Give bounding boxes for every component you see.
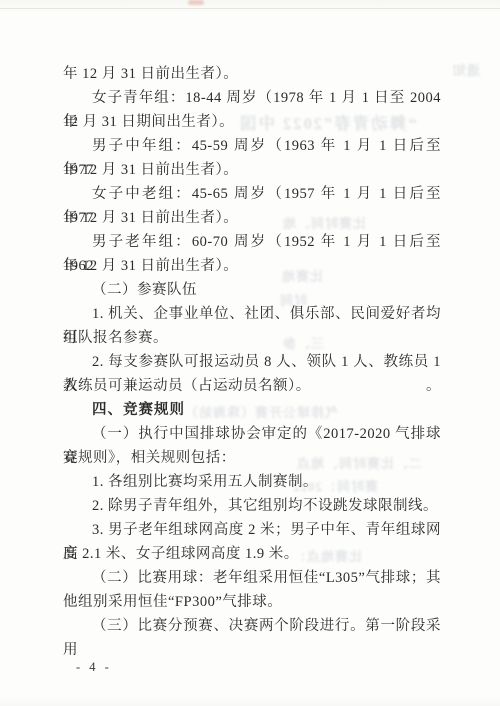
body-line: 组队报名参赛。 [63,326,441,350]
body-line: 女子中老组：45-65 周岁（1957 年 1 月 1 日后至 1977 [63,182,441,206]
document-body: 年 12 月 31 日前出生者）。 女子青年组：18-44 周岁（1978 年 … [63,62,441,638]
body-line: 年 12 月 31 日前出生者）。 [63,206,441,230]
subsection-heading-teams: （二）参赛队伍 [63,278,441,302]
body-line: 男子老年组：60-70 周岁（1952 年 1 月 1 日后至 1962 [63,230,441,254]
body-line: （三）比赛分预赛、决赛两个阶段进行。第一阶段采用 [63,614,441,638]
body-line: 1. 机关、企事业单位、社团、俱乐部、民间爱好者均可 [63,302,441,326]
body-line: 年 12 月 31 日前出生者）。 [63,158,441,182]
body-line: 12 月 31 日期间出生者）。 [63,110,441,134]
body-line: 赛规则》，相关规则包括： [63,446,441,470]
body-line: 2. 每支参赛队可报运动员 8 人、领队 1 人、教练员 1 人。 [63,350,441,374]
body-line: （二）比赛用球：老年组采用恒佳“L305”气排球；其 [63,566,441,590]
body-line: 年 12 月 31 日前出生者）。 [63,62,441,86]
body-line: 他组别采用恒佳“FP300”气排球。 [63,590,441,614]
section-heading-competition-rules: 四、竞赛规则 [63,398,441,422]
body-line: 3. 男子老年组球网高度 2 米；男子中年、青年组球网高 [63,518,441,542]
bleedthrough-text: 通知 [452,60,480,79]
body-line: 2. 除男子青年组外，其它组别均不设跳发球限制线。 [63,494,441,518]
body-line: 女子青年组：18-44 周岁（1978 年 1 月 1 日至 2004 年 [63,86,441,110]
scan-edge-line [0,8,500,9]
page-number: - 4 - [76,660,112,675]
body-line: 男子中年组：45-59 周岁（1963 年 1 月 1 日后至 1977 [63,134,441,158]
scan-red-smudge [188,0,204,5]
body-line: 度 2.1 米、女子组球网高度 1.9 米。 [63,542,441,566]
body-line: （一）执行中国排球协会审定的《2017-2020 气排球竞 [63,422,441,446]
body-line: 年 12 月 31 日前出生者）。 [63,254,441,278]
body-line: 1. 各组别比赛均采用五人制赛制。 [63,470,441,494]
